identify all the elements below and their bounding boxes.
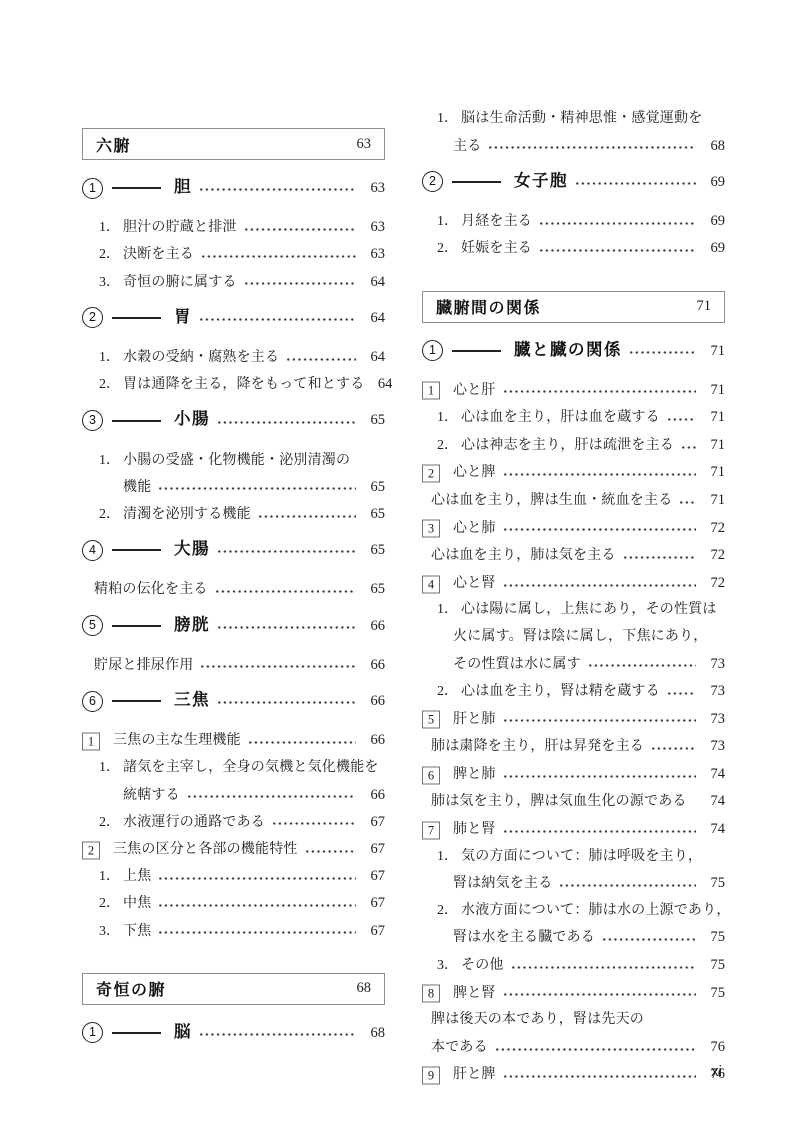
boxed-subsection-number: 9 — [422, 1067, 440, 1085]
section-page-number: 63 — [363, 175, 385, 202]
toc-entry: 主る68 — [422, 133, 725, 161]
dot-leader — [259, 515, 356, 518]
dot-leader — [188, 795, 356, 798]
entry-page-number: 63 — [363, 241, 385, 268]
item-number: 2． — [99, 809, 123, 836]
entry-text: 心は血を主り，肺は気を主る — [431, 543, 616, 570]
dot-leader — [159, 904, 356, 907]
dot-leader — [504, 830, 696, 833]
dot-leader — [603, 938, 696, 941]
section-page-number: 69 — [703, 169, 725, 196]
toc-entry: 火に属す。腎は陰に属し，下焦にあり， — [422, 624, 725, 651]
section-title: 臓と臓の関係 — [514, 337, 622, 364]
entry-page-number: 65 — [363, 501, 385, 528]
section-heading: 4大腸65 — [82, 536, 385, 564]
entry-page-number: 71 — [703, 487, 725, 514]
item-number: 1． — [437, 405, 461, 432]
dot-leader — [682, 446, 696, 449]
dot-leader — [200, 318, 356, 321]
entry-page-number: 64 — [363, 344, 385, 371]
entry-text: 心は神志を主り，肝は疏泄を主る — [461, 433, 674, 460]
dot-leader — [245, 228, 356, 231]
entry-page-number: 72 — [703, 515, 725, 542]
section-title: 三焦 — [174, 687, 210, 714]
toc-entry: 貯尿と排尿作用66 — [82, 652, 385, 679]
entry-text: 貯尿と排尿作用 — [94, 652, 193, 679]
toc-entry: 1．上焦67 — [82, 863, 385, 890]
toc-entry: 統轄する66 — [82, 782, 385, 809]
item-number: 2． — [99, 890, 123, 917]
entry-text: 水液運行の通路である — [123, 809, 265, 836]
toc-entry: 肺は粛降を主り，肝は昇発を主る73 — [422, 733, 725, 761]
chapter-page-number: 63 — [357, 136, 372, 153]
entry-text: 脳は生命活動・精神思惟・感覚運動を — [461, 106, 702, 133]
section-dash-rule — [112, 625, 161, 627]
entry-page-number: 69 — [703, 235, 725, 262]
dot-leader — [560, 884, 696, 887]
entry-page-number: 63 — [363, 214, 385, 241]
item-number: 1． — [99, 447, 123, 474]
toc-entry: 精粕の伝化を主る65 — [82, 576, 385, 603]
entry-text: 水穀の受納・腐熟を主る — [123, 344, 279, 371]
entry-text: 決断を主る — [123, 241, 194, 268]
dot-leader — [668, 692, 696, 695]
entry-text: 心は陽に属し，上焦にあり，その性質は — [461, 597, 717, 624]
chapter-page-number: 71 — [697, 298, 712, 315]
boxed-subsection-number: 1 — [422, 382, 440, 400]
dot-leader — [489, 146, 696, 149]
toc-entry: 1．胆汁の貯蔵と排泄63 — [82, 214, 385, 241]
entry-text: 上焦 — [123, 863, 151, 890]
entry-text: 諸気を主宰し，全身の気機と気化機能を — [123, 754, 379, 781]
toc-entry: 2．心は血を主り，腎は精を蔵する73 — [422, 678, 725, 706]
dot-leader — [624, 556, 696, 559]
item-number: 1． — [437, 209, 461, 236]
toc-entry: 脾は後天の本であり，腎は先天の — [422, 1007, 725, 1034]
circled-section-number: 1 — [82, 178, 103, 199]
entry-text: 本である — [431, 1035, 488, 1062]
toc-entry: その性質は水に属す73 — [422, 651, 725, 679]
circled-section-number: 3 — [82, 410, 103, 431]
entry-page-number: 71 — [703, 432, 725, 459]
item-number: 1． — [99, 754, 123, 781]
entry-text: 精粕の伝化を主る — [94, 576, 208, 603]
dot-leader — [630, 351, 696, 354]
entry-text: 胆汁の貯蔵と排泄 — [123, 214, 237, 241]
toc-column-right: 1．脳は生命活動・精神思惟・感覚運動を主る682女子胞691．月経を主る692．… — [422, 106, 725, 1089]
section-heading: 2胃64 — [82, 304, 385, 332]
dot-leader — [504, 473, 696, 476]
boxed-subsection-number: 4 — [422, 575, 440, 593]
entry-text: 気の方面について：肺は呼吸を主り， — [461, 844, 702, 871]
section-heading: 1脳68 — [82, 1019, 385, 1047]
dot-leader — [273, 822, 356, 825]
dot-leader — [504, 528, 696, 531]
boxed-subsection-number: 3 — [422, 520, 440, 538]
chapter-title: 奇恒の腑 — [96, 977, 166, 1000]
toc-entry: 6脾と肺74 — [422, 761, 725, 789]
toc-entry: 3．奇恒の腑に属する64 — [82, 269, 385, 296]
dot-leader — [504, 1075, 696, 1078]
circled-section-number: 6 — [82, 691, 103, 712]
toc-entry: 1．水穀の受納・腐熟を主る64 — [82, 344, 385, 371]
dot-leader — [504, 719, 696, 722]
boxed-subsection-number: 2 — [82, 841, 100, 859]
entry-page-number: 75 — [703, 980, 725, 1007]
item-number: 2． — [437, 898, 461, 925]
section-title: 女子胞 — [514, 168, 568, 195]
circled-section-number: 1 — [422, 340, 443, 361]
entry-text: 小腸の受盛・化物機能・泌別清濁の — [123, 447, 350, 474]
entry-text: その性質は水に属す — [453, 652, 581, 679]
entry-text: 心と肺 — [453, 516, 496, 543]
toc-entry: 1．心は陽に属し，上焦にあり，その性質は — [422, 597, 725, 624]
entry-page-number: 65 — [363, 474, 385, 501]
dot-leader — [504, 993, 696, 996]
section-heading: 6三焦66 — [82, 687, 385, 715]
section-dash-rule — [112, 1032, 161, 1034]
section-dash-rule — [452, 181, 501, 183]
entry-text: 妊娠を主る — [461, 236, 532, 263]
item-number: 1． — [99, 344, 123, 371]
entry-page-number: 67 — [363, 863, 385, 890]
toc-entry: 2心と脾71 — [422, 459, 725, 487]
boxed-subsection-number: 2 — [422, 465, 440, 483]
entry-page-number: 66 — [363, 727, 385, 754]
item-number: 2． — [99, 501, 123, 528]
dot-leader — [504, 584, 696, 587]
chapter-header-box: 臓腑間の関係71 — [422, 291, 725, 323]
toc-entry: 心は血を主り，肺は気を主る72 — [422, 542, 725, 570]
toc-entry: 8脾と腎75 — [422, 980, 725, 1008]
toc-column-left: 六腑631胆631．胆汁の貯蔵と排泄632．決断を主る633．奇恒の腑に属する6… — [82, 128, 385, 1059]
boxed-subsection-number: 7 — [422, 821, 440, 839]
section-dash-rule — [112, 317, 161, 319]
entry-page-number: 64 — [363, 269, 385, 296]
entry-page-number: 75 — [703, 952, 725, 979]
entry-page-number: 71 — [703, 377, 725, 404]
section-heading: 1臓と臓の関係71 — [422, 337, 725, 365]
entry-page-number: 72 — [703, 570, 725, 597]
entry-text: 腎は水を主る臓である — [453, 925, 595, 952]
entry-text: 機能 — [123, 474, 151, 501]
section-heading: 3小腸65 — [82, 406, 385, 434]
entry-text: 統轄する — [123, 782, 180, 809]
entry-text: 腎は納気を主る — [453, 871, 552, 898]
dot-leader — [218, 626, 356, 629]
entry-page-number: 67 — [363, 836, 385, 863]
entry-text: 火に属す。腎は陰に属し，下焦にあり， — [453, 624, 707, 651]
section-title: 小腸 — [174, 406, 210, 433]
entry-text: 肺と腎 — [453, 817, 496, 844]
entry-text: 脾と肺 — [453, 762, 496, 789]
toc-entry: 本である76 — [422, 1034, 725, 1062]
entry-text: 中焦 — [123, 890, 151, 917]
entry-text: 胃は通降を主る，降をもって和とする — [123, 371, 364, 398]
chapter-header-box: 六腑63 — [82, 128, 385, 160]
toc-entry: 1．小腸の受盛・化物機能・泌別清濁の — [82, 447, 385, 474]
dot-leader — [218, 421, 356, 424]
dot-leader — [652, 747, 696, 750]
chapter-header-box: 奇恒の腑68 — [82, 973, 385, 1005]
boxed-subsection-number: 1 — [82, 732, 100, 750]
section-page-number: 66 — [363, 688, 385, 715]
entry-page-number: 67 — [363, 809, 385, 836]
entry-text: 主る — [453, 134, 481, 161]
entry-page-number: 72 — [703, 542, 725, 569]
toc-entry: 4心と腎72 — [422, 570, 725, 598]
entry-text: 清濁を泌別する機能 — [123, 501, 251, 528]
dot-leader — [200, 1033, 356, 1036]
entry-page-number: 67 — [363, 890, 385, 917]
toc-entry: 1心と肝71 — [422, 377, 725, 405]
toc-entry: 肺は気を主り，脾は気血生化の源である74 — [422, 788, 725, 816]
entry-text: 心と腎 — [453, 571, 496, 598]
boxed-subsection-number: 8 — [422, 985, 440, 1003]
dot-leader — [216, 590, 356, 593]
dot-leader — [306, 850, 356, 853]
section-page-number: 68 — [363, 1020, 385, 1047]
toc-entry: 2．妊娠を主る69 — [422, 235, 725, 263]
entry-text: 肝と脾 — [453, 1062, 496, 1089]
entry-text: 下焦 — [123, 918, 151, 945]
toc-entry: 1．気の方面について：肺は呼吸を主り， — [422, 844, 725, 871]
toc-entry: 2．中焦67 — [82, 890, 385, 917]
toc-entry: 2．清濁を泌別する機能65 — [82, 501, 385, 528]
entry-text: 肺は粛降を主り，肝は昇発を主る — [431, 734, 644, 761]
item-number: 1． — [99, 863, 123, 890]
item-number: 2． — [99, 371, 123, 398]
boxed-subsection-number: 5 — [422, 711, 440, 729]
section-title: 膀胱 — [174, 612, 210, 639]
entry-page-number: 69 — [703, 208, 725, 235]
entry-page-number: 66 — [363, 782, 385, 809]
item-number: 1． — [437, 106, 461, 133]
circled-section-number: 1 — [82, 1022, 103, 1043]
toc-entry: 2．水液運行の通路である67 — [82, 809, 385, 836]
section-page-number: 64 — [363, 305, 385, 332]
boxed-subsection-number: 6 — [422, 766, 440, 784]
dot-leader — [159, 931, 356, 934]
toc-entry: 腎は水を主る臓である75 — [422, 924, 725, 952]
section-heading: 1胆63 — [82, 174, 385, 202]
item-number: 2． — [99, 241, 123, 268]
item-number: 3． — [437, 953, 461, 980]
section-page-number: 65 — [363, 407, 385, 434]
section-heading: 5膀胱66 — [82, 612, 385, 640]
entry-text: 心と肝 — [453, 378, 496, 405]
section-title: 胆 — [174, 174, 192, 201]
dot-leader — [540, 222, 696, 225]
entry-page-number: 68 — [703, 133, 725, 160]
toc-entry: 1三焦の主な生理機能66 — [82, 727, 385, 754]
toc-entry: 3．下焦67 — [82, 918, 385, 945]
toc-entry: 1．月経を主る69 — [422, 208, 725, 236]
dot-leader — [201, 665, 356, 668]
toc-entry: 2三焦の区分と各部の機能特性67 — [82, 836, 385, 863]
toc-entry: 1．心は血を主り，肝は血を蔵する71 — [422, 404, 725, 432]
entry-page-number: 75 — [703, 870, 725, 897]
toc-entry: 5肝と肺73 — [422, 706, 725, 734]
entry-page-number: 76 — [703, 1034, 725, 1061]
dot-leader — [504, 390, 696, 393]
dot-leader — [540, 249, 696, 252]
entry-page-number: 65 — [363, 576, 385, 603]
entry-page-number: 73 — [703, 678, 725, 705]
circled-section-number: 5 — [82, 615, 103, 636]
toc-entry: 3心と肺72 — [422, 515, 725, 543]
entry-page-number: 71 — [703, 404, 725, 431]
section-page-number: 71 — [703, 338, 725, 365]
section-title: 胃 — [174, 304, 192, 331]
dot-leader — [504, 775, 696, 778]
section-dash-rule — [112, 420, 161, 422]
folio-page-number: xi — [711, 1063, 722, 1080]
entry-text: 肝と肺 — [453, 707, 496, 734]
dot-leader — [218, 550, 356, 553]
entry-page-number: 71 — [703, 459, 725, 486]
entry-page-number: 74 — [703, 788, 725, 815]
entry-page-number: 67 — [363, 918, 385, 945]
section-title: 大腸 — [174, 536, 210, 563]
chapter-title: 六腑 — [96, 133, 131, 156]
dot-leader — [287, 358, 356, 361]
entry-page-number: 73 — [703, 733, 725, 760]
entry-page-number: 75 — [703, 924, 725, 951]
entry-text: その他 — [461, 953, 504, 980]
entry-page-number: 74 — [703, 761, 725, 788]
dot-leader — [668, 418, 696, 421]
dot-leader — [202, 255, 356, 258]
dot-leader — [680, 501, 696, 504]
section-dash-rule — [112, 549, 161, 551]
toc-entry: 腎は納気を主る75 — [422, 870, 725, 898]
item-number: 1． — [437, 597, 461, 624]
toc-entry: 心は血を主り，脾は生血・統血を主る71 — [422, 487, 725, 515]
entry-text: 肺は気を主り，脾は気血生化の源である — [431, 789, 687, 816]
entry-page-number: 74 — [703, 816, 725, 843]
section-dash-rule — [112, 187, 161, 189]
item-number: 2． — [437, 236, 461, 263]
toc-entry: 2．心は神志を主り，肝は疏泄を主る71 — [422, 432, 725, 460]
entry-text: 心は血を主り，脾は生血・統血を主る — [431, 488, 672, 515]
entry-page-number: 73 — [703, 706, 725, 733]
entry-text: 三焦の主な生理機能 — [113, 727, 241, 754]
section-dash-rule — [112, 700, 161, 702]
chapter-title: 臓腑間の関係 — [436, 295, 541, 318]
dot-leader — [589, 664, 696, 667]
chapter-page-number: 68 — [357, 980, 372, 997]
toc-entry: 9肝と脾76 — [422, 1061, 725, 1089]
entry-text: 奇恒の腑に属する — [123, 269, 237, 296]
item-number: 3． — [99, 269, 123, 296]
item-number: 2． — [437, 433, 461, 460]
item-number: 1． — [437, 844, 461, 871]
dot-leader — [576, 182, 696, 185]
dot-leader — [218, 701, 356, 704]
section-heading: 2女子胞69 — [422, 168, 725, 196]
dot-leader — [245, 282, 356, 285]
entry-text: 月経を主る — [461, 209, 532, 236]
circled-section-number: 2 — [422, 171, 443, 192]
entry-text: 水液方面について：肺は水の上源であり， — [461, 898, 731, 925]
toc-entry: 2．胃は通降を主る，降をもって和とする64 — [82, 371, 385, 398]
entry-page-number: 64 — [370, 371, 392, 398]
toc-entry: 2．決断を主る63 — [82, 241, 385, 268]
dot-leader — [159, 877, 356, 880]
toc-entry: 1．諸気を主宰し，全身の気機と気化機能を — [82, 754, 385, 781]
circled-section-number: 2 — [82, 307, 103, 328]
entry-text: 心は血を主り，腎は精を蔵する — [461, 679, 660, 706]
circled-section-number: 4 — [82, 540, 103, 561]
dot-leader — [249, 741, 356, 744]
toc-entry: 1．脳は生命活動・精神思惟・感覚運動を — [422, 106, 725, 133]
toc-entry: 2．水液方面について：肺は水の上源であり， — [422, 898, 725, 925]
dot-leader — [200, 188, 356, 191]
dot-leader — [159, 487, 356, 490]
section-dash-rule — [452, 350, 501, 352]
entry-page-number: 73 — [703, 651, 725, 678]
dot-leader — [496, 1048, 696, 1051]
toc-entry: 7肺と腎74 — [422, 816, 725, 844]
section-title: 脳 — [174, 1019, 192, 1046]
toc-entry: 3．その他75 — [422, 952, 725, 980]
entry-page-number: 66 — [363, 652, 385, 679]
entry-text: 脾と腎 — [453, 981, 496, 1008]
dot-leader — [512, 966, 696, 969]
item-number: 3． — [99, 918, 123, 945]
entry-text: 脾は後天の本であり，腎は先天の — [431, 1007, 644, 1034]
entry-text: 心は血を主り，肝は血を蔵する — [461, 405, 660, 432]
toc-entry: 機能65 — [82, 474, 385, 501]
item-number: 1． — [99, 214, 123, 241]
entry-text: 三焦の区分と各部の機能特性 — [113, 836, 298, 863]
section-page-number: 65 — [363, 537, 385, 564]
item-number: 2． — [437, 679, 461, 706]
section-page-number: 66 — [363, 613, 385, 640]
entry-text: 心と脾 — [453, 460, 496, 487]
